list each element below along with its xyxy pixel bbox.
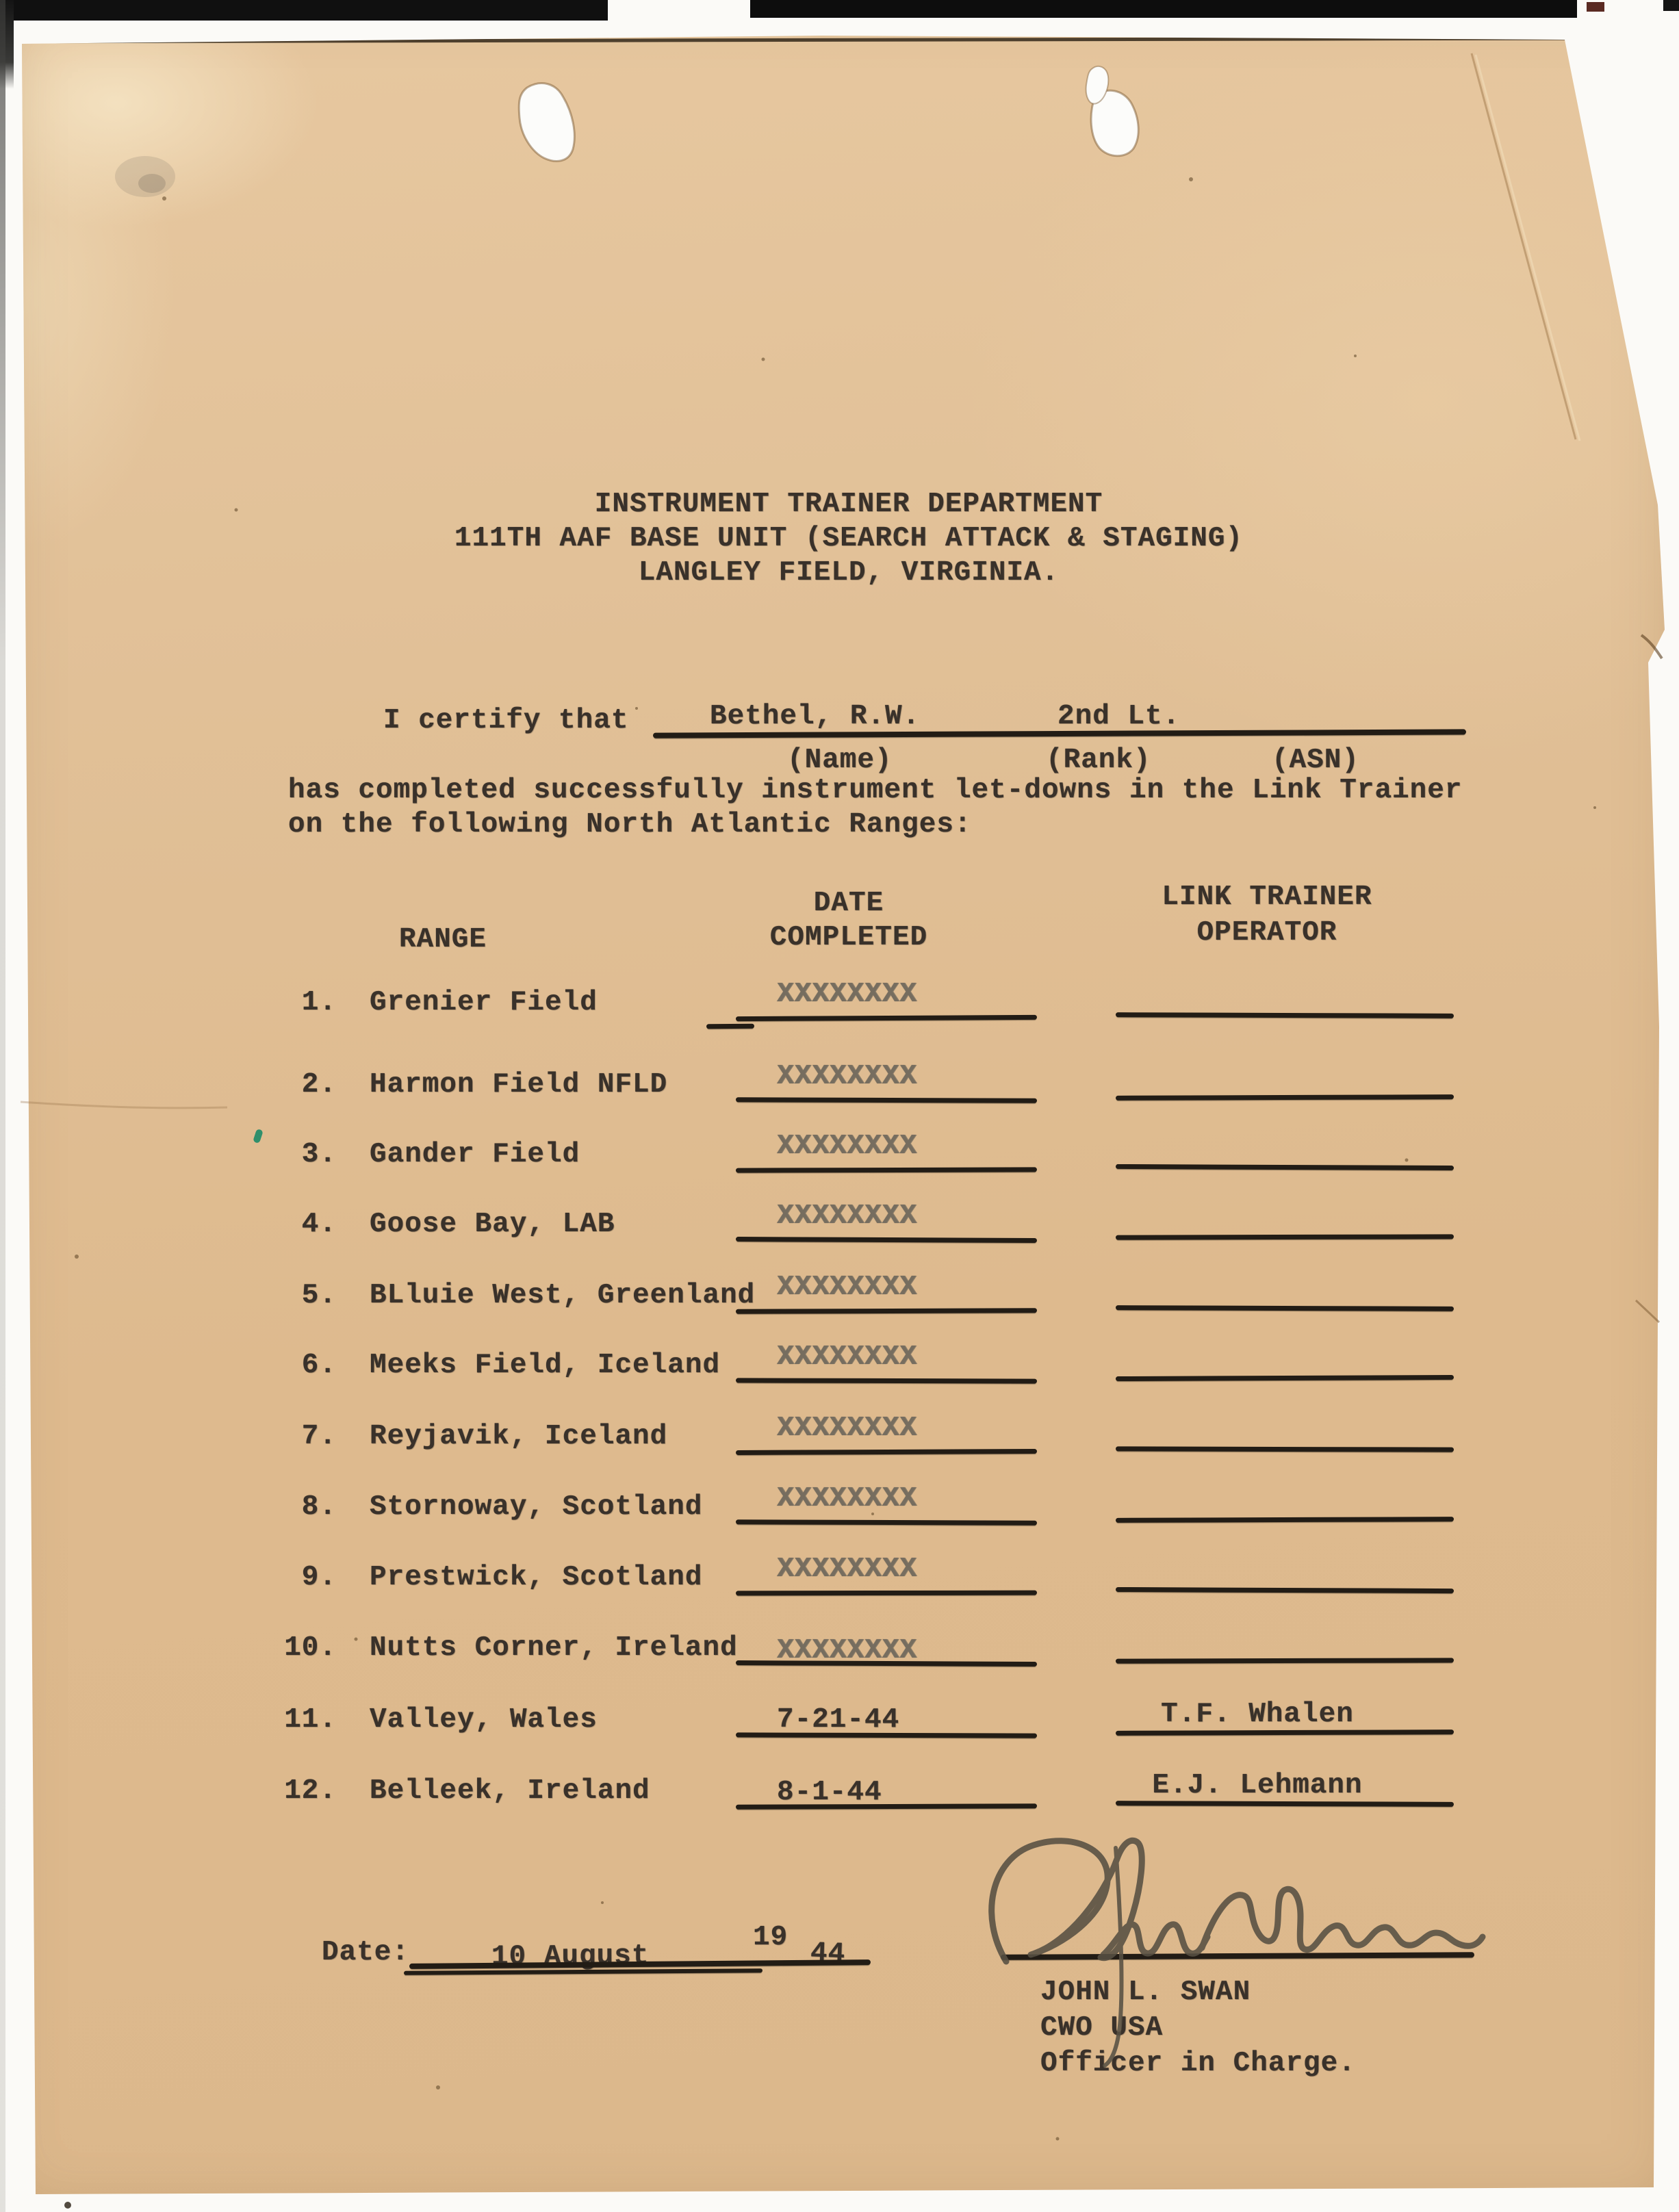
- year-prefix: 19: [753, 1920, 788, 1955]
- range-name: Stornoway, Scotland: [370, 1490, 702, 1524]
- range-table-row: 8. Stornoway, Scotland XXXXXXXX: [0, 1490, 1679, 1552]
- document-paper: INSTRUMENT TRAINER DEPARTMENT 111TH AAF …: [0, 0, 1679, 2212]
- date-label: Date:: [322, 1936, 409, 1970]
- range-table-row: 4. Goose Bay, LAB XXXXXXXX: [0, 1207, 1679, 1269]
- range-name: Harmon Field NFLD: [370, 1068, 667, 1102]
- date-underline: [736, 1519, 1037, 1526]
- signer-name: JOHN L. SWAN: [1040, 1975, 1251, 2009]
- range-table-row: 1. Grenier Field XXXXXXXX: [0, 986, 1679, 1047]
- letterhead: INSTRUMENT TRAINER DEPARTMENT 111TH AAF …: [233, 487, 1465, 590]
- date-completed-value: XXXXXXXX: [777, 1552, 917, 1586]
- range-number: 9.: [260, 1560, 337, 1595]
- range-name: Meeks Field, Iceland: [370, 1348, 720, 1382]
- range-number: 11.: [260, 1703, 337, 1737]
- date-underline: [736, 1237, 1037, 1243]
- operator-underline: [1116, 1012, 1454, 1018]
- scanned-document-page: INSTRUMENT TRAINER DEPARTMENT 111TH AAF …: [0, 0, 1679, 2212]
- column-header-range: RANGE: [306, 923, 580, 957]
- operator-underline: [1116, 1375, 1454, 1381]
- range-table-row: 11. Valley, Wales 7-21-44 T.F. Whalen: [0, 1703, 1679, 1764]
- certified-name-value: Bethel, R.W.: [710, 699, 920, 734]
- range-number: 10.: [260, 1631, 337, 1665]
- range-number: 8.: [260, 1490, 337, 1524]
- date-completed-value: XXXXXXXX: [777, 1059, 917, 1094]
- letterhead-line-1: INSTRUMENT TRAINER DEPARTMENT: [233, 487, 1465, 522]
- range-table-row: 3. Gander Field XXXXXXXX: [0, 1137, 1679, 1199]
- range-number: 5.: [260, 1278, 337, 1313]
- operator-underline: [1116, 1658, 1454, 1663]
- letterhead-line-3: LANGLEY FIELD, VIRGINIA.: [233, 556, 1465, 590]
- column-header-date-line1: DATE: [712, 886, 986, 921]
- date-underline: [736, 1449, 1037, 1455]
- scanner-edge-speck-red: [1587, 2, 1604, 12]
- date-underline: [736, 1591, 1037, 1596]
- operator-underline: [1116, 1164, 1454, 1170]
- operator-underline: [1116, 1587, 1454, 1593]
- name-field-label: (Name): [787, 743, 893, 777]
- range-name: Belleek, Ireland: [370, 1774, 650, 1808]
- scanner-edge-strip-right: [750, 0, 1577, 18]
- date-underline: [736, 1167, 1037, 1172]
- scanner-corner-speck: [1663, 0, 1679, 11]
- operator-value: T.F. Whalen: [1120, 1697, 1394, 1732]
- range-name: Gander Field: [370, 1137, 580, 1172]
- range-number: 1.: [260, 986, 337, 1020]
- scanner-left-edge-line: [0, 0, 5, 2212]
- signer-title: Officer in Charge.: [1040, 2046, 1356, 2081]
- range-table-row: 10. Nutts Corner, Ireland XXXXXXXX: [0, 1631, 1679, 1693]
- range-name: Reyjavik, Iceland: [370, 1419, 667, 1454]
- certify-body-line-1: has completed successfully instrument le…: [288, 773, 1462, 808]
- operator-value: E.J. Lehmann: [1120, 1769, 1394, 1803]
- operator-underline: [1116, 1446, 1454, 1452]
- date-underline-stub: [706, 1024, 754, 1029]
- range-table-row: 2. Harmon Field NFLD XXXXXXXX: [0, 1068, 1679, 1129]
- operator-underline: [1116, 1729, 1454, 1736]
- range-number: 7.: [260, 1419, 337, 1454]
- range-table-row: 5. BLluie West, Greenland XXXXXXXX: [0, 1278, 1679, 1340]
- date-completed-value: XXXXXXXX: [777, 1411, 917, 1445]
- range-name: Prestwick, Scotland: [370, 1560, 702, 1595]
- column-header-operator-line2: OPERATOR: [1130, 916, 1404, 950]
- operator-underline: [1116, 1094, 1454, 1101]
- range-number: 2.: [260, 1068, 337, 1102]
- date-underline: [736, 1732, 1037, 1738]
- date-completed-value: 7-21-44: [777, 1703, 899, 1737]
- date-completed-value: XXXXXXXX: [777, 1340, 917, 1374]
- asn-field-label: (ASN): [1272, 743, 1359, 777]
- scanner-edge-strip-left: [0, 0, 608, 21]
- certify-body-line-2: on the following North Atlantic Ranges:: [288, 808, 972, 842]
- range-name: Grenier Field: [370, 986, 598, 1020]
- paper-top-edge-line: [21, 37, 1567, 44]
- date-completed-value: XXXXXXXX: [777, 977, 917, 1012]
- date-completed-value: XXXXXXXX: [777, 1129, 917, 1163]
- date-completed-value: XXXXXXXX: [777, 1482, 917, 1516]
- range-number: 12.: [260, 1774, 337, 1808]
- range-table-row: 9. Prestwick, Scotland XXXXXXXX: [0, 1560, 1679, 1622]
- operator-underline: [1116, 1517, 1454, 1523]
- date-underline: [736, 1378, 1037, 1383]
- operator-underline: [1116, 1801, 1454, 1807]
- range-table-row: 6. Meeks Field, Iceland XXXXXXXX: [0, 1348, 1679, 1410]
- date-underline-2: [404, 1968, 762, 1975]
- year-value: 44: [810, 1936, 846, 1972]
- date-completed-value: XXXXXXXX: [777, 1199, 917, 1233]
- range-name: BLluie West, Greenland: [370, 1278, 755, 1313]
- date-underline: [736, 1015, 1037, 1021]
- date-underline: [736, 1308, 1037, 1314]
- operator-underline: [1116, 1305, 1454, 1311]
- range-number: 4.: [260, 1207, 337, 1242]
- range-table-row: 12. Belleek, Ireland 8-1-44 E.J. Lehmann: [0, 1774, 1679, 1836]
- date-completed-value: XXXXXXXX: [777, 1270, 917, 1304]
- signer-rank: CWO USA: [1040, 2011, 1163, 2045]
- range-number: 3.: [260, 1137, 337, 1172]
- date-underline: [736, 1097, 1037, 1103]
- range-name: Nutts Corner, Ireland: [370, 1631, 738, 1665]
- certify-lead-text: I certify that: [383, 704, 628, 738]
- letterhead-line-2: 111TH AAF BASE UNIT (SEARCH ATTACK & STA…: [233, 522, 1465, 556]
- range-number: 6.: [260, 1348, 337, 1382]
- operator-underline: [1116, 1234, 1454, 1239]
- certified-rank-value: 2nd Lt.: [1058, 699, 1180, 734]
- column-header-operator-line1: LINK TRAINER: [1130, 880, 1404, 914]
- column-header-date-line2: COMPLETED: [712, 921, 986, 955]
- range-name: Goose Bay, LAB: [370, 1207, 615, 1242]
- signature-underline: [1001, 1952, 1474, 1960]
- rank-field-label: (Rank): [1046, 743, 1151, 777]
- date-underline: [736, 1803, 1037, 1810]
- range-table-row: 7. Reyjavik, Iceland XXXXXXXX: [0, 1419, 1679, 1481]
- range-name: Valley, Wales: [370, 1703, 598, 1737]
